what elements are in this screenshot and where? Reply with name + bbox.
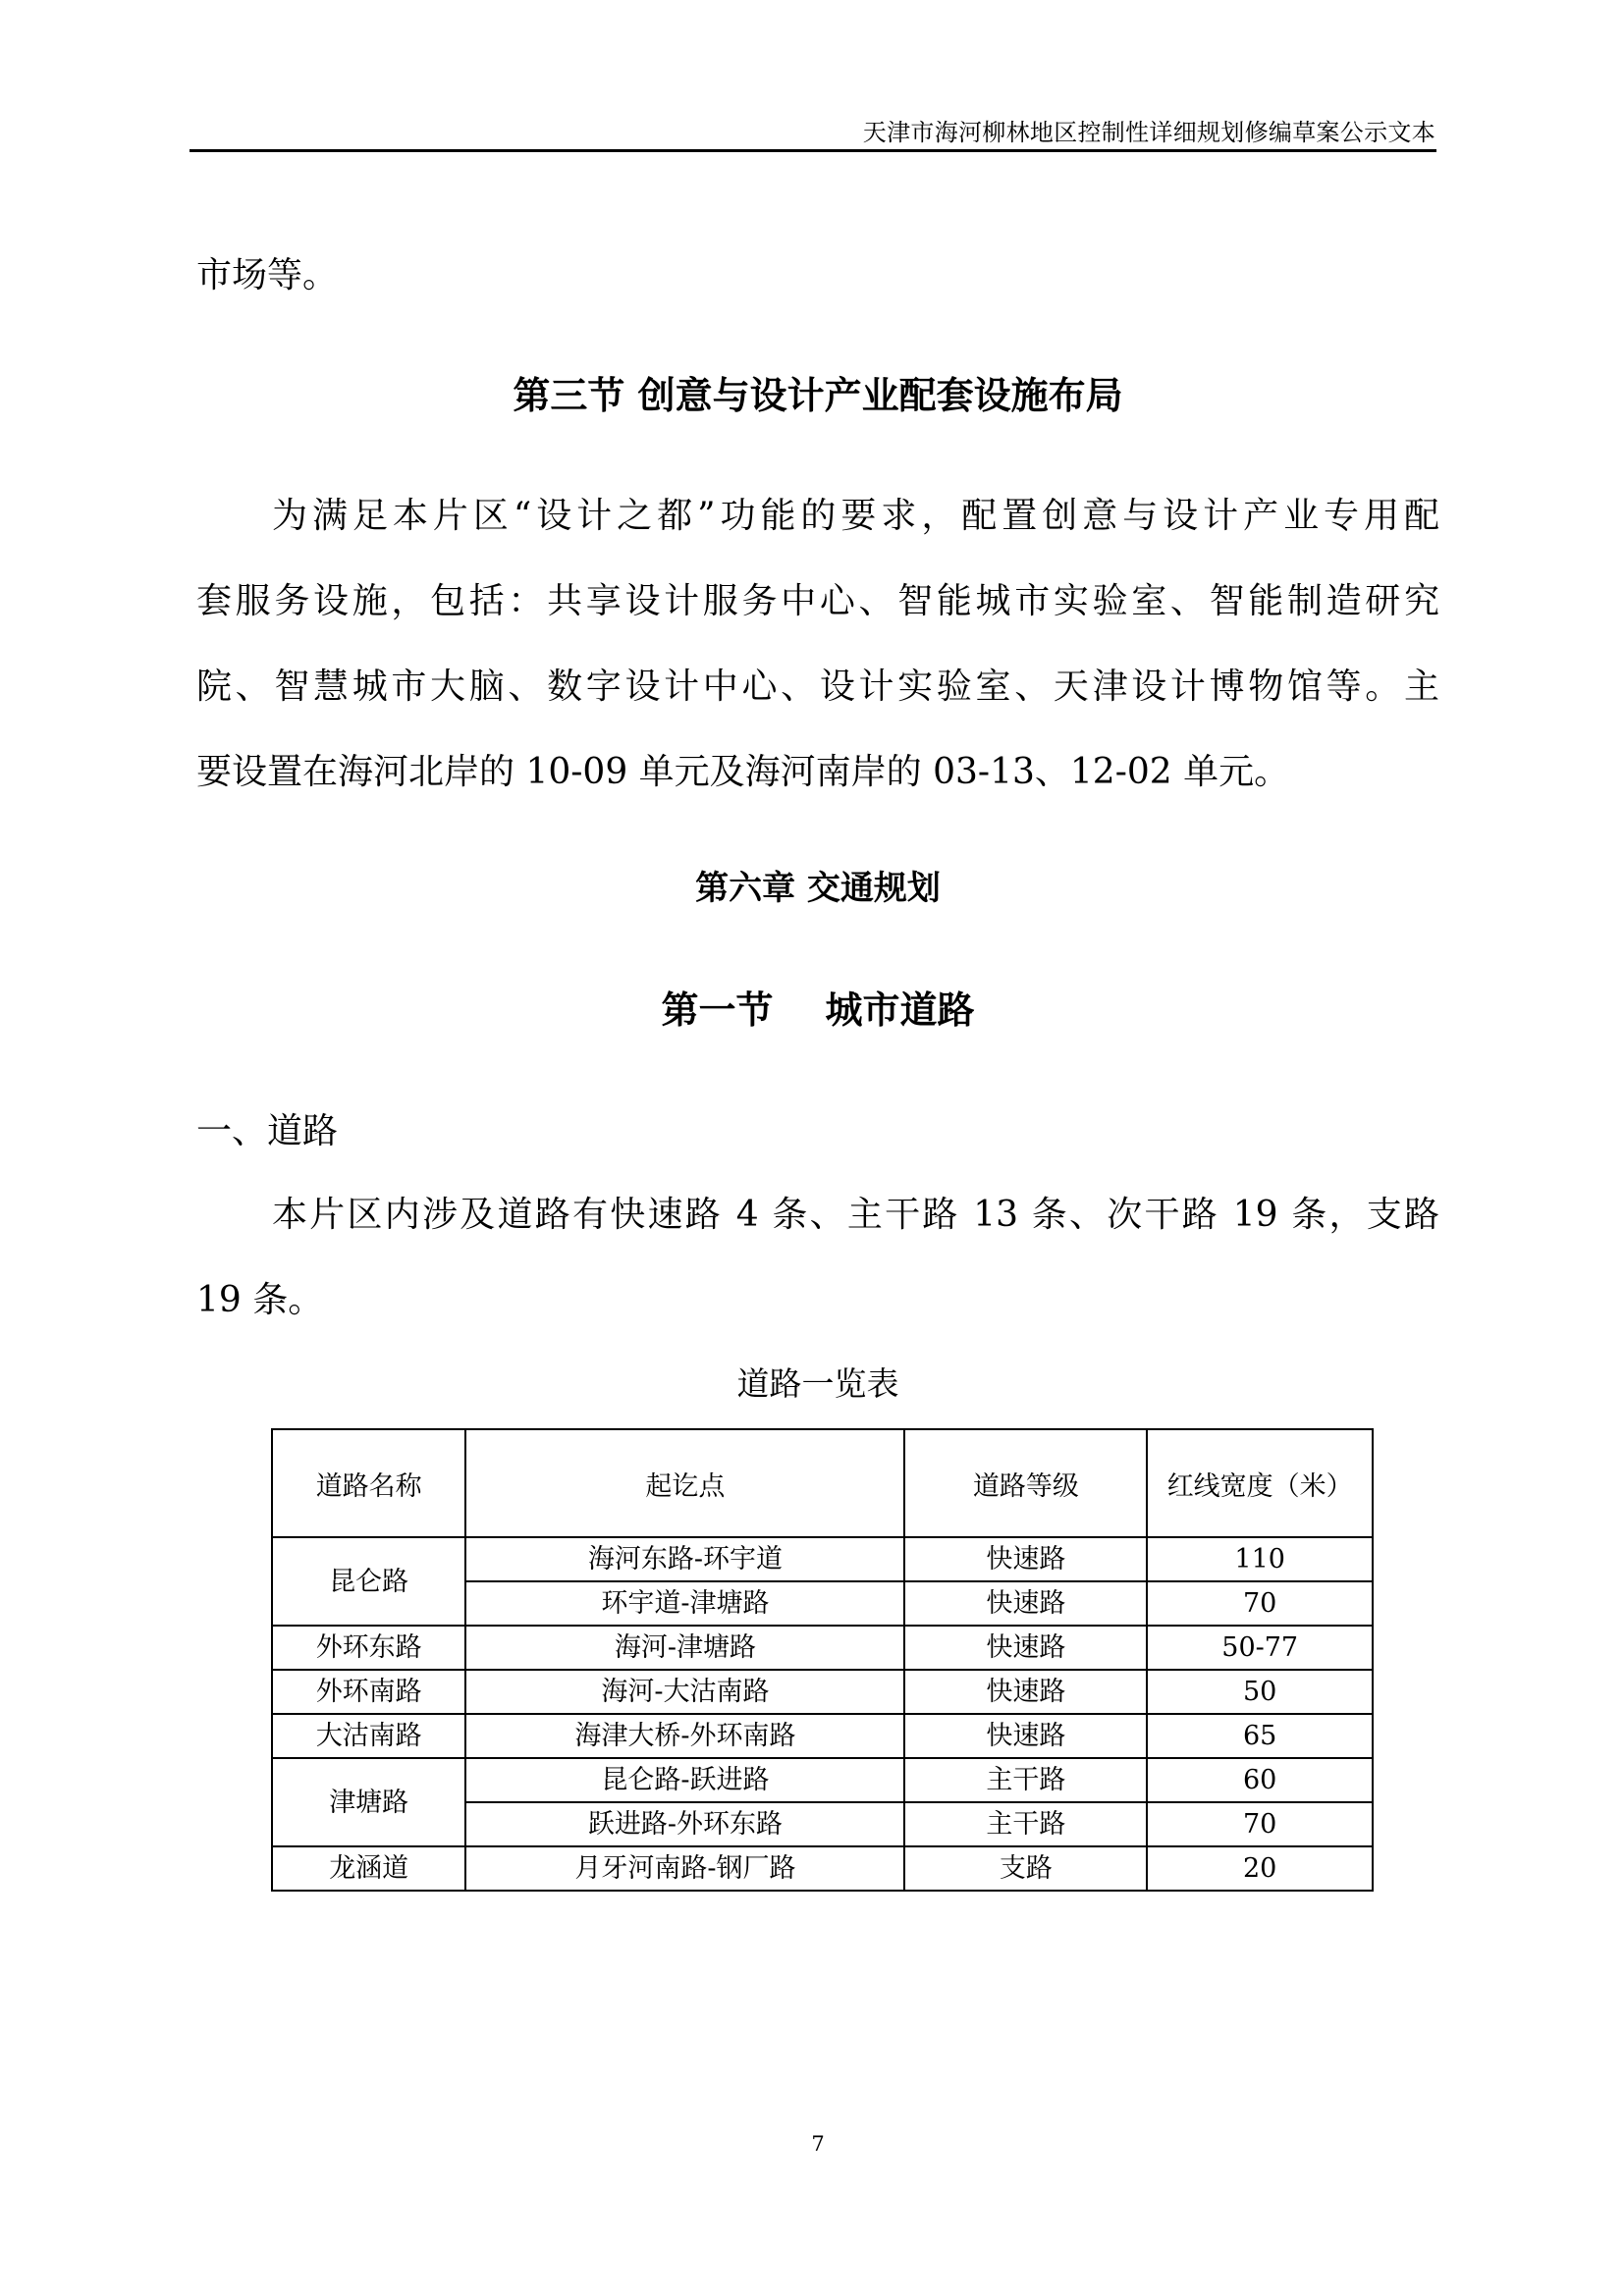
cell-segment: 海河-津塘路 xyxy=(465,1626,904,1670)
table-row: 津塘路 昆仑路-跃进路 主干路 60 xyxy=(272,1758,1373,1802)
subsection-heading-roads: 一、道路 xyxy=(196,1089,1439,1174)
cell-width: 110 xyxy=(1147,1537,1373,1581)
cell-width: 60 xyxy=(1147,1758,1373,1802)
cell-road-name: 昆仑路 xyxy=(272,1537,465,1626)
header-road-name: 道路名称 xyxy=(272,1429,465,1537)
header-start-end: 起讫点 xyxy=(465,1429,904,1537)
cell-road-name: 外环东路 xyxy=(272,1626,465,1670)
cell-width: 20 xyxy=(1147,1846,1373,1891)
cell-segment: 海河东路-环宇道 xyxy=(465,1537,904,1581)
cell-grade: 主干路 xyxy=(904,1758,1147,1802)
cell-width: 50 xyxy=(1147,1670,1373,1714)
cell-segment: 昆仑路-跃进路 xyxy=(465,1758,904,1802)
header-rule xyxy=(189,149,1436,152)
road-table: 道路名称 起讫点 道路等级 红线宽度（米） 昆仑路 海河东路-环宇道 快速路 1… xyxy=(271,1428,1374,1892)
cell-grade: 主干路 xyxy=(904,1802,1147,1846)
cell-road-name: 大沽南路 xyxy=(272,1714,465,1758)
cell-width: 70 xyxy=(1147,1581,1373,1626)
cell-segment: 月牙河南路-钢厂路 xyxy=(465,1846,904,1891)
table-row: 大沽南路 海津大桥-外环南路 快速路 65 xyxy=(272,1714,1373,1758)
paragraph-roads: 本片区内涉及道路有快速路 4 条、主干路 13 条、次干路 19 条，支路 19… xyxy=(196,1172,1439,1343)
chapter-heading-transport: 第六章 交通规划 xyxy=(196,868,1439,909)
paragraph-line: 套服务设施，包括：共享设计服务中心、智能城市实验室、智能制造研究 xyxy=(196,559,1439,644)
page-number: 7 xyxy=(196,2132,1439,2156)
cell-road-name: 外环南路 xyxy=(272,1670,465,1714)
cell-segment: 海河-大沽南路 xyxy=(465,1670,904,1714)
cell-grade: 支路 xyxy=(904,1846,1147,1891)
cell-road-name: 津塘路 xyxy=(272,1758,465,1846)
cell-grade: 快速路 xyxy=(904,1670,1147,1714)
cell-grade: 快速路 xyxy=(904,1537,1147,1581)
paragraph-line: 19 条。 xyxy=(196,1257,1439,1343)
table-row: 龙涵道 月牙河南路-钢厂路 支路 20 xyxy=(272,1846,1373,1891)
section-heading-urban-roads: 第一节 城市道路 xyxy=(196,988,1439,1032)
paragraph-line: 要设置在海河北岸的 10-09 单元及海河南岸的 03-13、12-02 单元。 xyxy=(196,729,1439,815)
table-row: 外环南路 海河-大沽南路 快速路 50 xyxy=(272,1670,1373,1714)
paragraph-line: 院、智慧城市大脑、数字设计中心、设计实验室、天津设计博物馆等。主 xyxy=(196,644,1439,729)
table-caption: 道路一览表 xyxy=(196,1362,1439,1406)
table-row: 昆仑路 海河东路-环宇道 快速路 110 xyxy=(272,1537,1373,1581)
running-header-title: 天津市海河柳林地区控制性详细规划修编草案公示文本 xyxy=(196,118,1435,147)
paragraph-line: 为满足本片区“设计之都”功能的要求，配置创意与设计产业专用配 xyxy=(196,473,1439,559)
cell-segment: 海津大桥-外环南路 xyxy=(465,1714,904,1758)
cell-width: 70 xyxy=(1147,1802,1373,1846)
header-road-grade: 道路等级 xyxy=(904,1429,1147,1537)
cell-width: 50-77 xyxy=(1147,1626,1373,1670)
cell-segment: 环宇道-津塘路 xyxy=(465,1581,904,1626)
cell-grade: 快速路 xyxy=(904,1714,1147,1758)
cell-segment: 跃进路-外环东路 xyxy=(465,1802,904,1846)
cell-width: 65 xyxy=(1147,1714,1373,1758)
table-header-row: 道路名称 起讫点 道路等级 红线宽度（米） xyxy=(272,1429,1373,1537)
paragraph-line: 本片区内涉及道路有快速路 4 条、主干路 13 条、次干路 19 条，支路 xyxy=(196,1172,1439,1257)
cell-grade: 快速路 xyxy=(904,1626,1147,1670)
paragraph-creative-design: 为满足本片区“设计之都”功能的要求，配置创意与设计产业专用配 套服务设施，包括：… xyxy=(196,473,1439,815)
cell-grade: 快速路 xyxy=(904,1581,1147,1626)
table-row: 外环东路 海河-津塘路 快速路 50-77 xyxy=(272,1626,1373,1670)
section-heading-creative-design: 第三节 创意与设计产业配套设施布局 xyxy=(196,374,1439,417)
continuation-text: 市场等。 xyxy=(196,233,1439,318)
cell-road-name: 龙涵道 xyxy=(272,1846,465,1891)
header-red-line-width: 红线宽度（米） xyxy=(1147,1429,1373,1537)
